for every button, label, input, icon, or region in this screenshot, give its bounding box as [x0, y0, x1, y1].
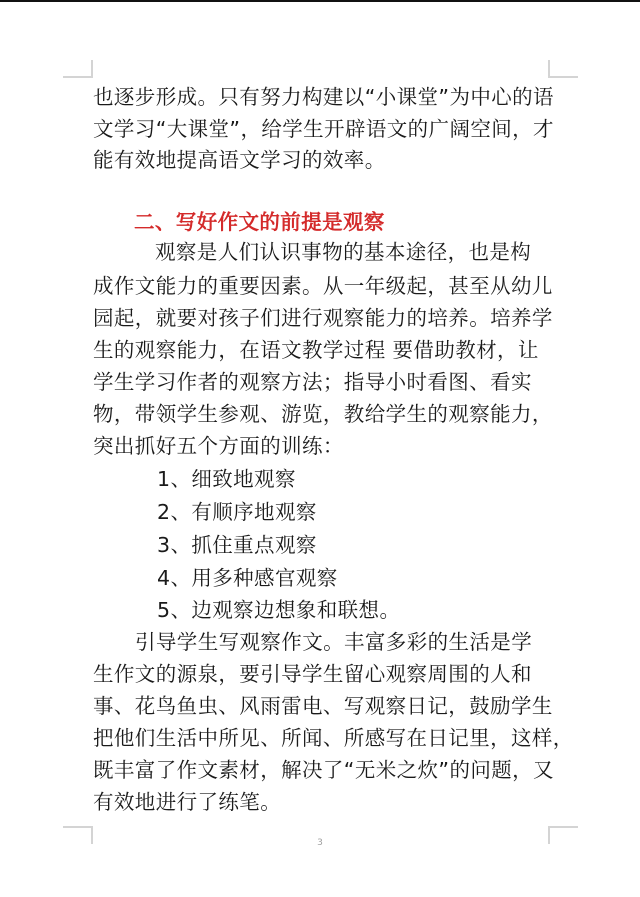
paragraph-line: 把他们生活中所见、所闻、所感写在日记里，这样， — [93, 722, 574, 754]
list-item: 5、边观察边想象和联想。 — [157, 594, 400, 626]
paragraph-line: 学生学习作者的观察方法；指导小时看图、看实 — [93, 366, 532, 398]
paragraph-line: 引导学生写观察作文。丰富多彩的生活是学 — [135, 626, 532, 658]
list-item: 2、有顺序地观察 — [157, 496, 317, 528]
section-heading: 二、写好作文的前提是观察 — [134, 206, 385, 238]
paragraph-line: 物，带领学生参观、游览，教给学生的观察能力， — [93, 398, 553, 430]
paragraph-line: 事、花鸟鱼虫、风雨雷电、写观察日记，鼓励学生 — [93, 690, 553, 722]
paragraph-line: 也逐步形成。只有努力构建以“小课堂”为中心的语 — [93, 81, 554, 113]
paragraph-line: 生作文的源泉，要引导学生留心观察周围的人和 — [93, 658, 532, 690]
list-item: 3、抓住重点观察 — [157, 529, 317, 561]
paragraph-line: 突出抓好五个方面的训练： — [93, 430, 344, 462]
list-item: 4、用多种感官观察 — [157, 562, 338, 594]
paragraph-line: 有效地进行了练笔。 — [93, 786, 281, 818]
page-number: 3 — [313, 838, 327, 848]
margin-mark-top-right — [548, 60, 578, 78]
paragraph-line: 文学习“大课堂”，给学生开辟语文的广阔空间，才 — [93, 113, 554, 145]
paragraph-line: 生的观察能力，在语文教学过程 要借助教材，让 — [93, 334, 539, 366]
paragraph-line: 既丰富了作文素材，解决了“无米之炊”的问题，又 — [93, 754, 554, 786]
top-border — [0, 0, 640, 2]
list-item: 1、细致地观察 — [157, 463, 296, 495]
paragraph-line: 能有效地提高语文学习的效率。 — [93, 144, 386, 176]
margin-mark-top-left — [63, 60, 93, 78]
paragraph-line: 观察是人们认识事物的基本途径，也是构 — [155, 236, 531, 268]
margin-mark-bottom-left — [63, 826, 93, 844]
paragraph-line: 园起，就要对孩子们进行观察能力的培养。培养学 — [93, 302, 553, 334]
paragraph-line: 成作文能力的重要因素。从一年级起，甚至从幼儿 — [93, 270, 553, 302]
margin-mark-bottom-right — [548, 826, 578, 844]
